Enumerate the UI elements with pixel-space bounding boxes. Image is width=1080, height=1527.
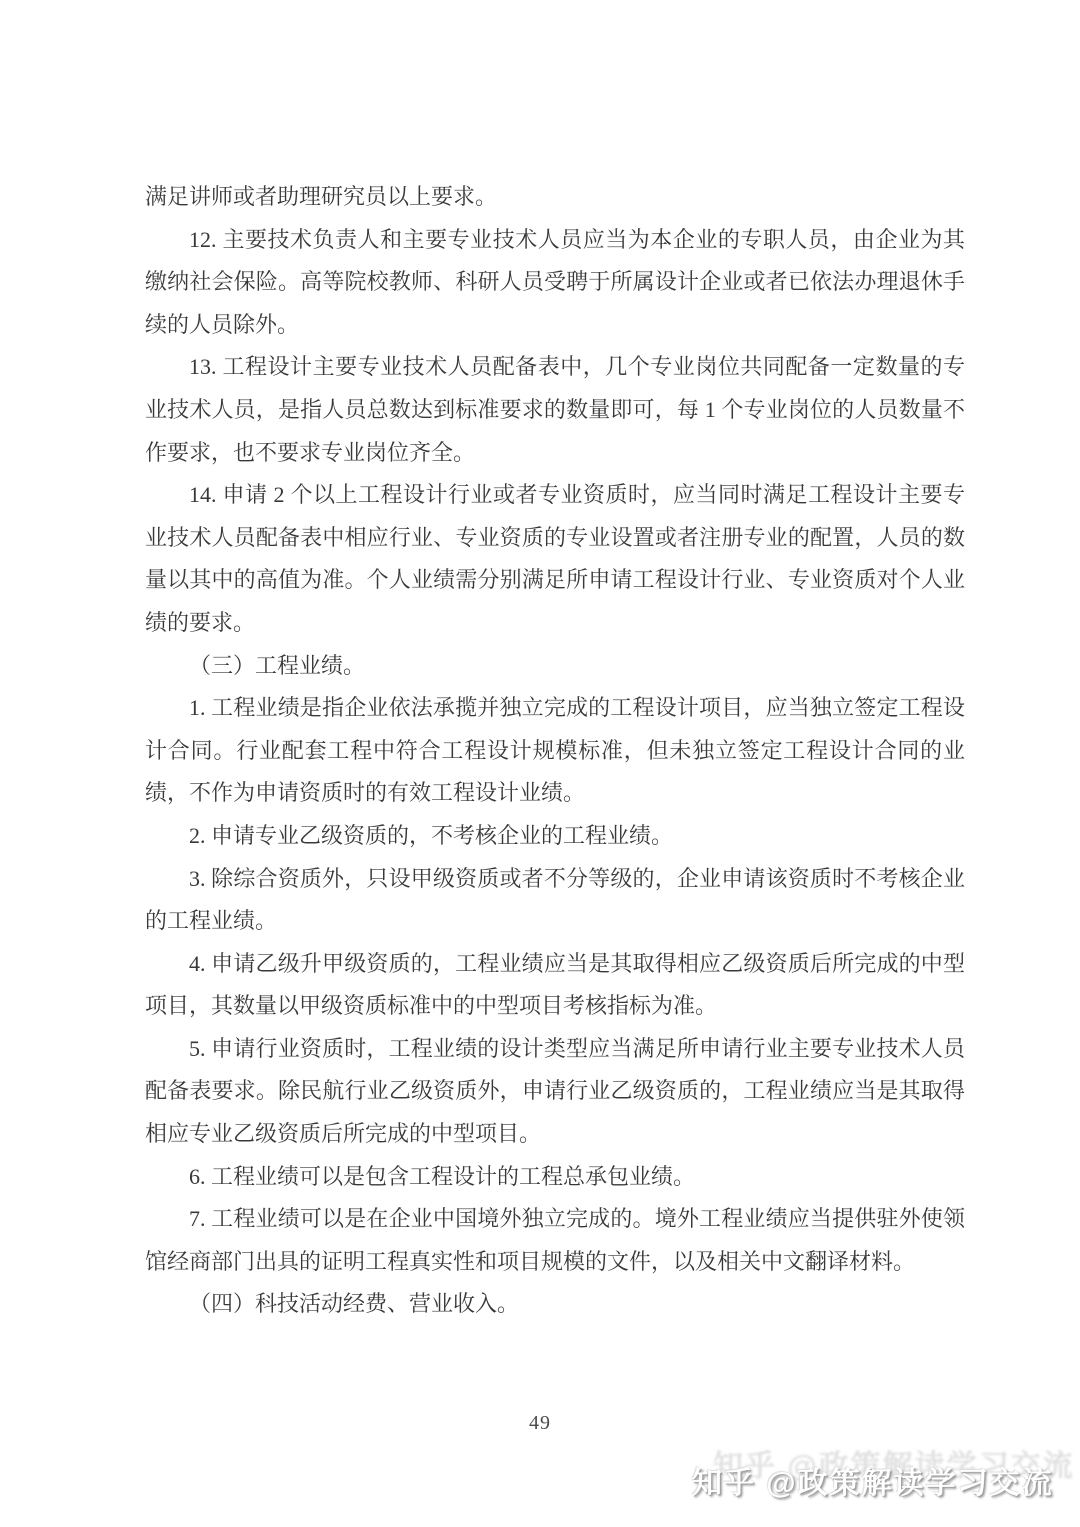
- paragraph: 6. 工程业绩可以是包含工程设计的工程总承包业绩。: [145, 1156, 965, 1199]
- paragraph: 14. 申请 2 个以上工程设计行业或者专业资质时，应当同时满足工程设计主要专业…: [145, 474, 965, 644]
- paragraph: 12. 主要技术负责人和主要专业技术人员应当为本企业的专职人员，由企业为其缴纳社…: [145, 219, 965, 347]
- page-number: 49: [0, 1412, 1080, 1435]
- document-page: 满足讲师或者助理研究员以上要求。12. 主要技术负责人和主要专业技术人员应当为本…: [0, 0, 1080, 1527]
- paragraph: 3. 除综合资质外，只设甲级资质或者不分等级的，企业申请该资质时不考核企业的工程…: [145, 858, 965, 943]
- paragraph: （四）科技活动经费、营业收入。: [145, 1283, 965, 1326]
- paragraph: 7. 工程业绩可以是在企业中国境外独立完成的。境外工程业绩应当提供驻外使领馆经商…: [145, 1198, 965, 1283]
- paragraph: 13. 工程设计主要专业技术人员配备表中，几个专业岗位共同配备一定数量的专业技术…: [145, 346, 965, 474]
- paragraph: 满足讲师或者助理研究员以上要求。: [145, 176, 965, 219]
- paragraph: 5. 申请行业资质时，工程业绩的设计类型应当满足所申请行业主要专业技术人员配备表…: [145, 1028, 965, 1156]
- document-body: 满足讲师或者助理研究员以上要求。12. 主要技术负责人和主要专业技术人员应当为本…: [145, 176, 965, 1326]
- watermark: 知乎 @政策解读学习交流: [692, 1458, 1054, 1502]
- paragraph: 1. 工程业绩是指企业依法承揽并独立完成的工程设计项目，应当独立签定工程设计合同…: [145, 687, 965, 815]
- paragraph: 2. 申请专业乙级资质的，不考核企业的工程业绩。: [145, 815, 965, 858]
- paragraph: （三）工程业绩。: [145, 645, 965, 688]
- paragraph: 4. 申请乙级升甲级资质的，工程业绩应当是其取得相应乙级资质后所完成的中型项目，…: [145, 943, 965, 1028]
